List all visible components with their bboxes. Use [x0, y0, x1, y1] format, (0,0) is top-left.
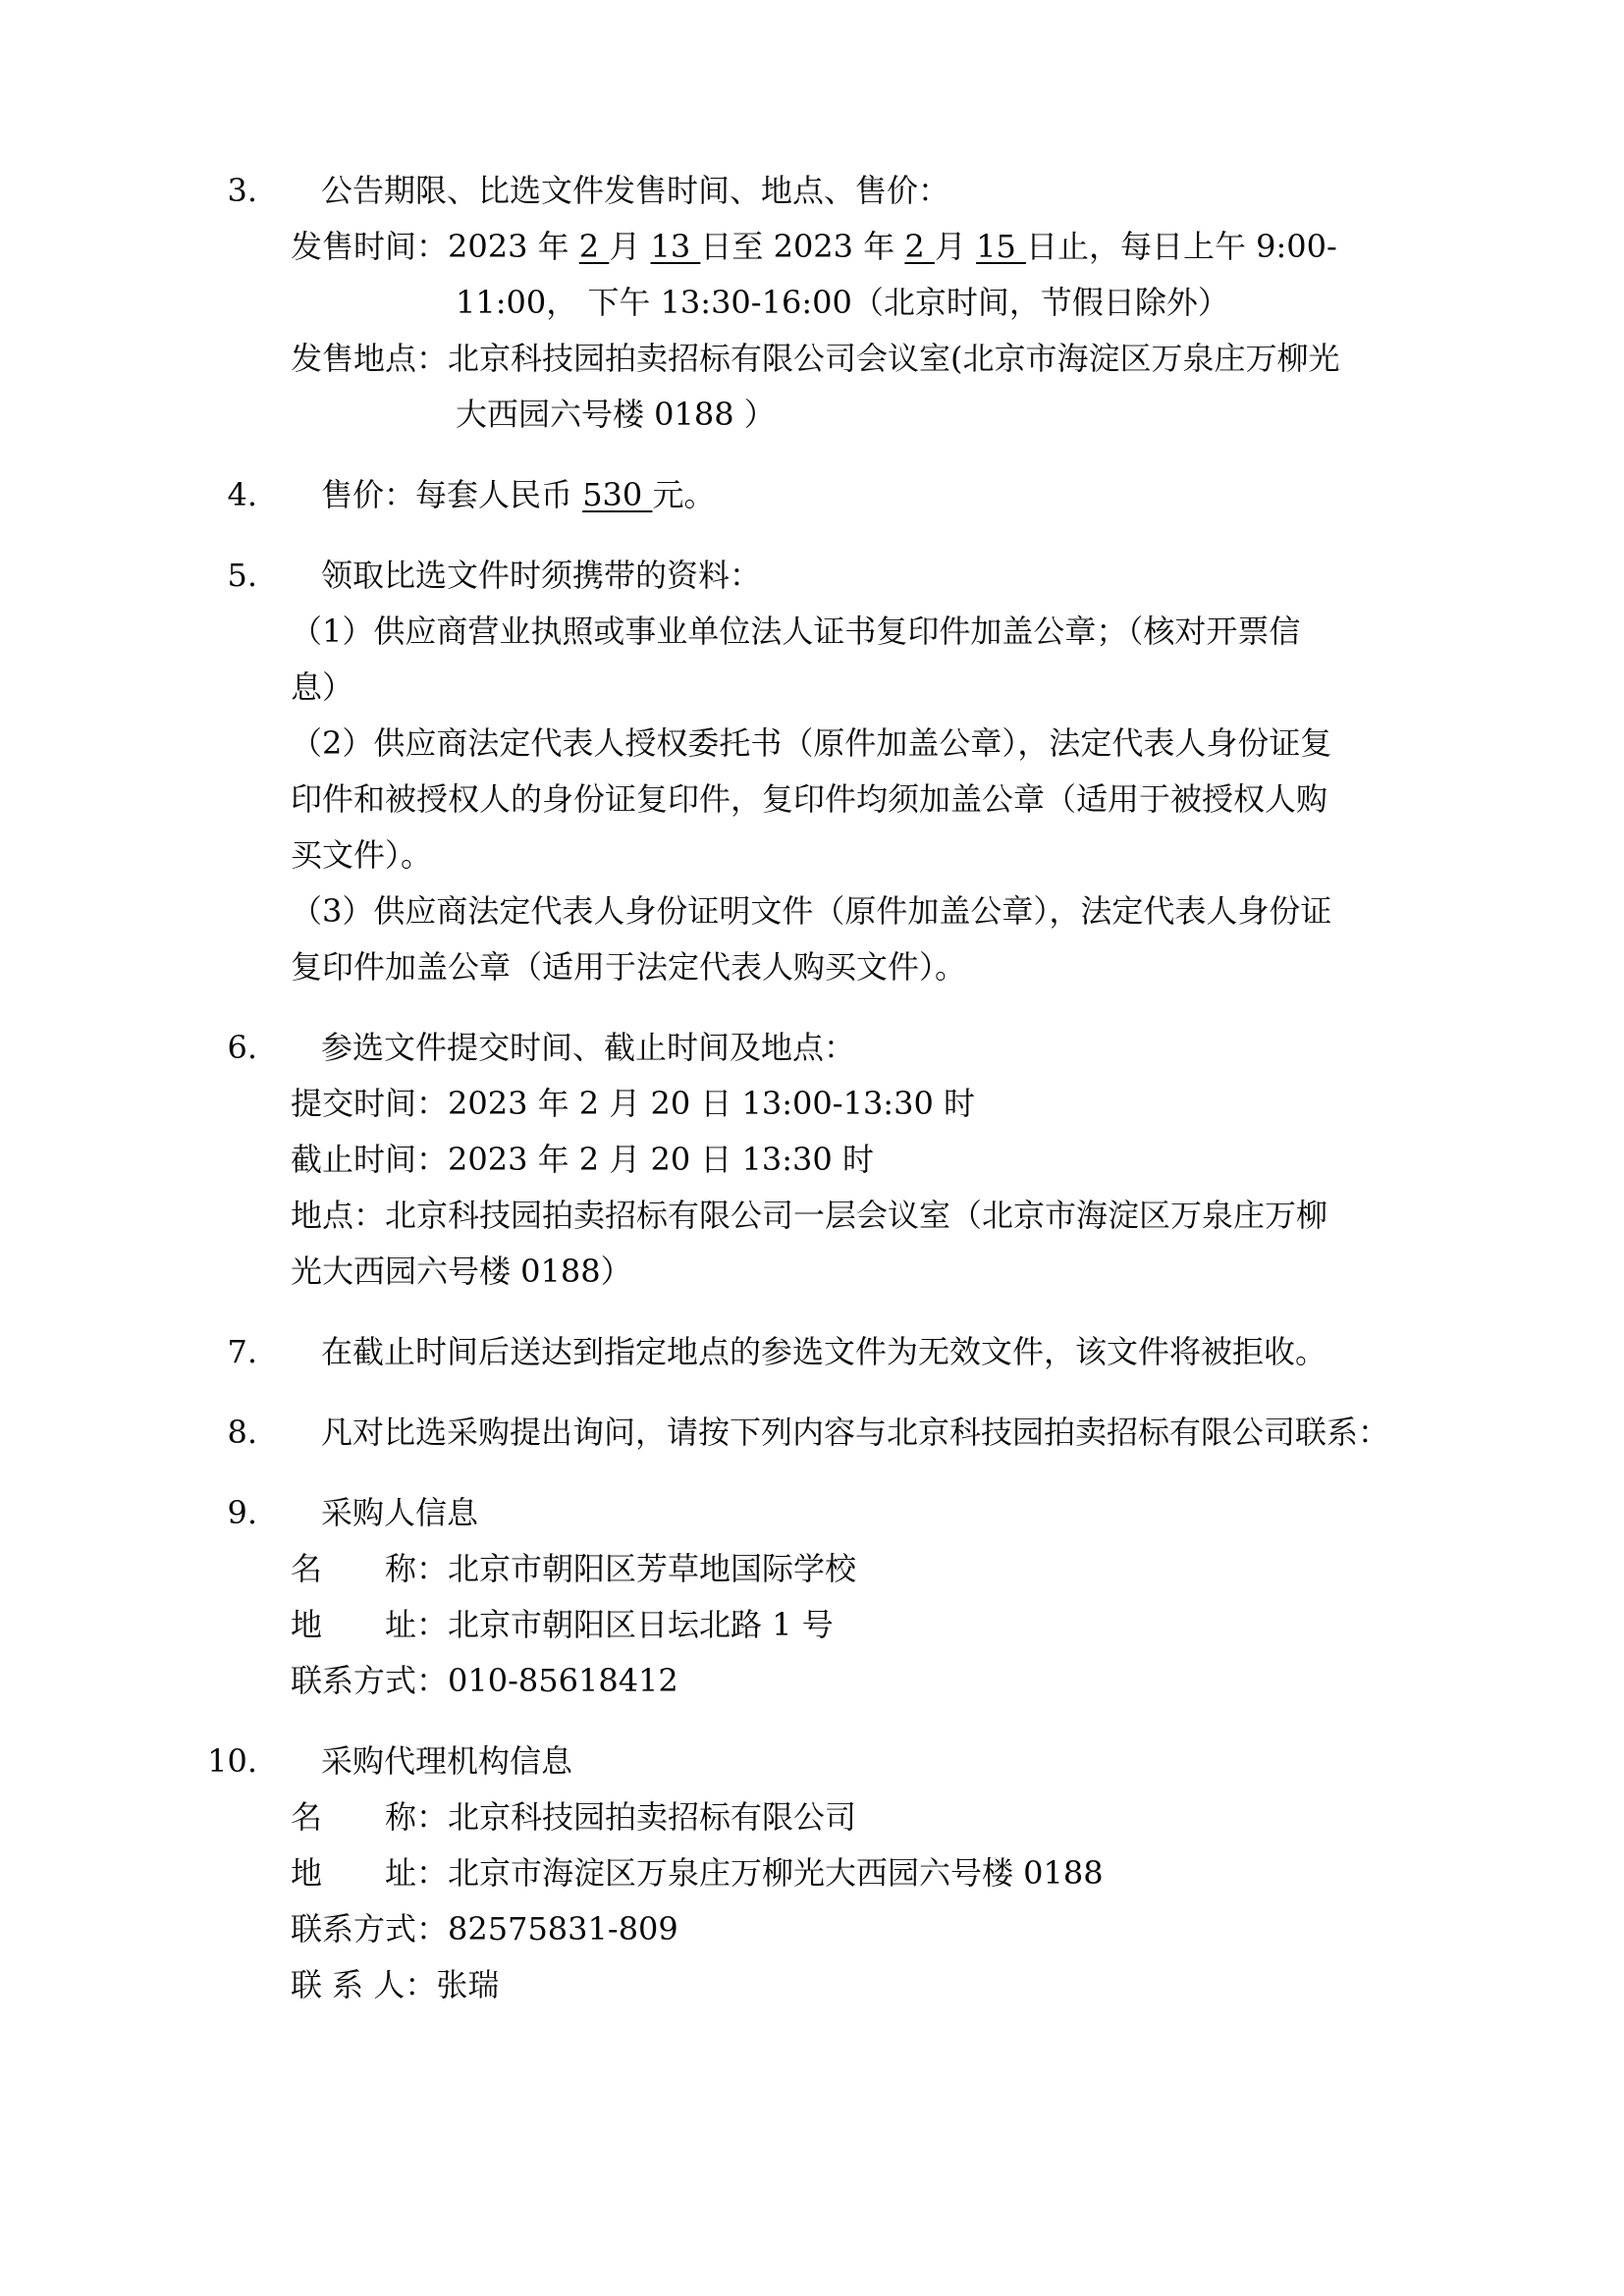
- line-text: （3）供应商法定代表人身份证明文件（原件加盖公章），法定代表人身份证: [291, 892, 1331, 930]
- text-segment: 月: [609, 228, 650, 265]
- list-item-10: 10.采购代理机构信息: [0, 1734, 1624, 1789]
- list-item-3: 3.公告期限、比选文件发售时间、地点、售价：: [0, 163, 1624, 219]
- line-text: 11:00， 下午 13:30-16:00（北京时间，节假日除外）: [456, 284, 1229, 321]
- document-line: 买文件）。: [0, 828, 1624, 883]
- line-text: 联系方式：010-85618412: [291, 1662, 678, 1699]
- document-line: 地 址：北京市朝阳区日坛北路 1 号: [0, 1597, 1624, 1653]
- text-segment: 联 系 人：张瑞: [291, 1966, 499, 2003]
- text-segment: 地 址：北京市海淀区万泉庄万柳光大西园六号楼 0188: [291, 1854, 1104, 1892]
- line-text: 采购代理机构信息: [321, 1742, 572, 1780]
- line-text: 地 址：北京市朝阳区日坛北路 1 号: [291, 1606, 834, 1643]
- text-segment: 领取比选文件时须携带的资料：: [321, 557, 761, 594]
- text-segment: 联系方式：82575831-809: [291, 1910, 678, 1948]
- text-segment: 在截止时间后送达到指定地点的参选文件为无效文件，该文件将被拒收。: [321, 1333, 1326, 1370]
- text-segment: 地点：北京科技园拍卖招标有限公司一层会议室（北京市海淀区万泉庄万柳: [291, 1197, 1327, 1234]
- document-line: 截止时间：2023 年 2 月 20 日 13:30 时: [0, 1132, 1624, 1188]
- text-segment: 参选文件提交时间、截止时间及地点：: [321, 1029, 855, 1066]
- item-number: 5.: [0, 548, 257, 604]
- line-text: 大西园六号楼 0188 ）: [456, 396, 776, 433]
- line-text: 售价：每套人民币 530 元。: [321, 476, 715, 513]
- text-segment: 地 址：北京市朝阳区日坛北路 1 号: [291, 1606, 834, 1643]
- text-segment: （3）供应商法定代表人身份证明文件（原件加盖公章），法定代表人身份证: [291, 892, 1331, 930]
- line-text: 在截止时间后送达到指定地点的参选文件为无效文件，该文件将被拒收。: [321, 1333, 1326, 1370]
- text-segment: 发售地点：北京科技园拍卖招标有限公司会议室(北京市海淀区万泉庄万柳光: [291, 340, 1340, 377]
- line-text: 联 系 人：张瑞: [291, 1966, 499, 2003]
- document-line: 光大西园六号楼 0188）: [0, 1244, 1624, 1300]
- document-line: 发售时间：2023 年 2 月 13 日至 2023 年 2 月 15 日止，每…: [0, 219, 1624, 275]
- item-number: 3.: [0, 163, 257, 219]
- document-line: 息）: [0, 660, 1624, 716]
- document-line: 名 称：北京科技园拍卖招标有限公司: [0, 1789, 1624, 1845]
- line-text: 采购人信息: [321, 1494, 478, 1531]
- item-number: 7.: [0, 1324, 257, 1380]
- document-line: 提交时间：2023 年 2 月 20 日 13:00-13:30 时: [0, 1076, 1624, 1132]
- line-text: 地点：北京科技园拍卖招标有限公司一层会议室（北京市海淀区万泉庄万柳: [291, 1197, 1327, 1234]
- line-text: 发售时间：2023 年 2 月 13 日至 2023 年 2 月 15 日止，每…: [291, 228, 1337, 265]
- item-number: 4.: [0, 467, 257, 523]
- text-segment: 提交时间：2023 年 2 月 20 日 13:00-13:30 时: [291, 1085, 975, 1122]
- text-segment: 光大西园六号楼 0188）: [291, 1253, 632, 1290]
- list-item-5: 5.领取比选文件时须携带的资料：: [0, 548, 1624, 604]
- underlined-value: 13: [651, 228, 701, 265]
- document-page: 3.公告期限、比选文件发售时间、地点、售价：发售时间：2023 年 2 月 13…: [0, 0, 1624, 2296]
- document-line: 地 址：北京市海淀区万泉庄万柳光大西园六号楼 0188: [0, 1845, 1624, 1901]
- document-line: 联系方式：010-85618412: [0, 1653, 1624, 1709]
- text-segment: 联系方式：010-85618412: [291, 1662, 678, 1699]
- document-line: 印件和被授权人的身份证复印件，复印件均须加盖公章（适用于被授权人购: [0, 772, 1624, 828]
- text-segment: 公告期限、比选文件发售时间、地点、售价：: [321, 172, 949, 209]
- document-line: 11:00， 下午 13:30-16:00（北京时间，节假日除外）: [0, 275, 1624, 331]
- underlined-value: 2: [579, 228, 610, 265]
- document-line: （1）供应商营业执照或事业单位法人证书复印件加盖公章；（核对开票信: [0, 604, 1624, 660]
- item-number: 8.: [0, 1405, 257, 1461]
- text-segment: 买文件）。: [291, 836, 432, 874]
- underlined-value: 15: [976, 228, 1026, 265]
- document-line: 联 系 人：张瑞: [0, 1957, 1624, 2013]
- line-text: 复印件加盖公章（适用于法定代表人购买文件）。: [291, 948, 966, 986]
- text-segment: 售价：每套人民币: [321, 476, 582, 513]
- line-text: 名 称：北京市朝阳区芳草地国际学校: [291, 1550, 856, 1587]
- text-segment: 大西园六号楼 0188 ）: [456, 396, 776, 433]
- text-segment: 复印件加盖公章（适用于法定代表人购买文件）。: [291, 948, 966, 986]
- line-text: 提交时间：2023 年 2 月 20 日 13:00-13:30 时: [291, 1085, 975, 1122]
- document-line: 大西园六号楼 0188 ）: [0, 387, 1624, 443]
- text-segment: 截止时间：2023 年 2 月 20 日 13:30 时: [291, 1141, 874, 1178]
- line-text: 息）: [291, 668, 353, 706]
- text-segment: 月: [935, 228, 976, 265]
- document-line: （2）供应商法定代表人授权委托书（原件加盖公章），法定代表人身份证复: [0, 716, 1624, 772]
- underlined-value: 530: [582, 476, 652, 513]
- line-text: 截止时间：2023 年 2 月 20 日 13:30 时: [291, 1141, 874, 1178]
- list-item-6: 6.参选文件提交时间、截止时间及地点：: [0, 1020, 1624, 1076]
- list-item-4: 4.售价：每套人民币 530 元。: [0, 467, 1624, 523]
- document-line: （3）供应商法定代表人身份证明文件（原件加盖公章），法定代表人身份证: [0, 883, 1624, 939]
- item-number: 9.: [0, 1485, 257, 1541]
- line-text: 名 称：北京科技园拍卖招标有限公司: [291, 1798, 856, 1836]
- text-segment: 采购人信息: [321, 1494, 478, 1531]
- text-segment: 息）: [291, 668, 353, 706]
- line-text: （1）供应商营业执照或事业单位法人证书复印件加盖公章；（核对开票信: [291, 613, 1300, 650]
- text-segment: 名 称：北京市朝阳区芳草地国际学校: [291, 1550, 856, 1587]
- text-segment: （1）供应商营业执照或事业单位法人证书复印件加盖公章；（核对开票信: [291, 613, 1300, 650]
- document-line: 名 称：北京市朝阳区芳草地国际学校: [0, 1541, 1624, 1597]
- text-segment: 发售时间：2023 年: [291, 228, 579, 265]
- text-segment: 采购代理机构信息: [321, 1742, 572, 1780]
- line-text: 发售地点：北京科技园拍卖招标有限公司会议室(北京市海淀区万泉庄万柳光: [291, 340, 1340, 377]
- line-text: 公告期限、比选文件发售时间、地点、售价：: [321, 172, 949, 209]
- line-text: 凡对比选采购提出询问，请按下列内容与北京科技园拍卖招标有限公司联系：: [321, 1414, 1389, 1451]
- line-text: 光大西园六号楼 0188）: [291, 1253, 632, 1290]
- underlined-value: 2: [904, 228, 935, 265]
- item-number: 10.: [0, 1734, 257, 1789]
- text-segment: 日止，每日上午 9:00-: [1026, 228, 1337, 265]
- line-text: 联系方式：82575831-809: [291, 1910, 678, 1948]
- line-text: 地 址：北京市海淀区万泉庄万柳光大西园六号楼 0188: [291, 1854, 1104, 1892]
- text-segment: 日至 2023 年: [700, 228, 904, 265]
- document-body: 3.公告期限、比选文件发售时间、地点、售价：发售时间：2023 年 2 月 13…: [0, 0, 1624, 2013]
- document-line: 联系方式：82575831-809: [0, 1901, 1624, 1957]
- line-text: 印件和被授权人的身份证复印件，复印件均须加盖公章（适用于被授权人购: [291, 780, 1327, 818]
- list-item-9: 9.采购人信息: [0, 1485, 1624, 1541]
- text-segment: 印件和被授权人的身份证复印件，复印件均须加盖公章（适用于被授权人购: [291, 780, 1327, 818]
- list-item-7: 7.在截止时间后送达到指定地点的参选文件为无效文件，该文件将被拒收。: [0, 1324, 1624, 1380]
- line-text: 参选文件提交时间、截止时间及地点：: [321, 1029, 855, 1066]
- line-text: （2）供应商法定代表人授权委托书（原件加盖公章），法定代表人身份证复: [291, 724, 1331, 762]
- text-segment: 11:00， 下午 13:30-16:00（北京时间，节假日除外）: [456, 284, 1229, 321]
- line-text: 领取比选文件时须携带的资料：: [321, 557, 761, 594]
- text-segment: 凡对比选采购提出询问，请按下列内容与北京科技园拍卖招标有限公司联系：: [321, 1414, 1389, 1451]
- document-line: 地点：北京科技园拍卖招标有限公司一层会议室（北京市海淀区万泉庄万柳: [0, 1188, 1624, 1244]
- text-segment: 元。: [652, 476, 715, 513]
- line-text: 买文件）。: [291, 836, 432, 874]
- text-segment: （2）供应商法定代表人授权委托书（原件加盖公章），法定代表人身份证复: [291, 724, 1331, 762]
- list-item-8: 8.凡对比选采购提出询问，请按下列内容与北京科技园拍卖招标有限公司联系：: [0, 1405, 1624, 1461]
- document-line: 复印件加盖公章（适用于法定代表人购买文件）。: [0, 939, 1624, 995]
- text-segment: 名 称：北京科技园拍卖招标有限公司: [291, 1798, 856, 1836]
- document-line: 发售地点：北京科技园拍卖招标有限公司会议室(北京市海淀区万泉庄万柳光: [0, 331, 1624, 387]
- item-number: 6.: [0, 1020, 257, 1076]
